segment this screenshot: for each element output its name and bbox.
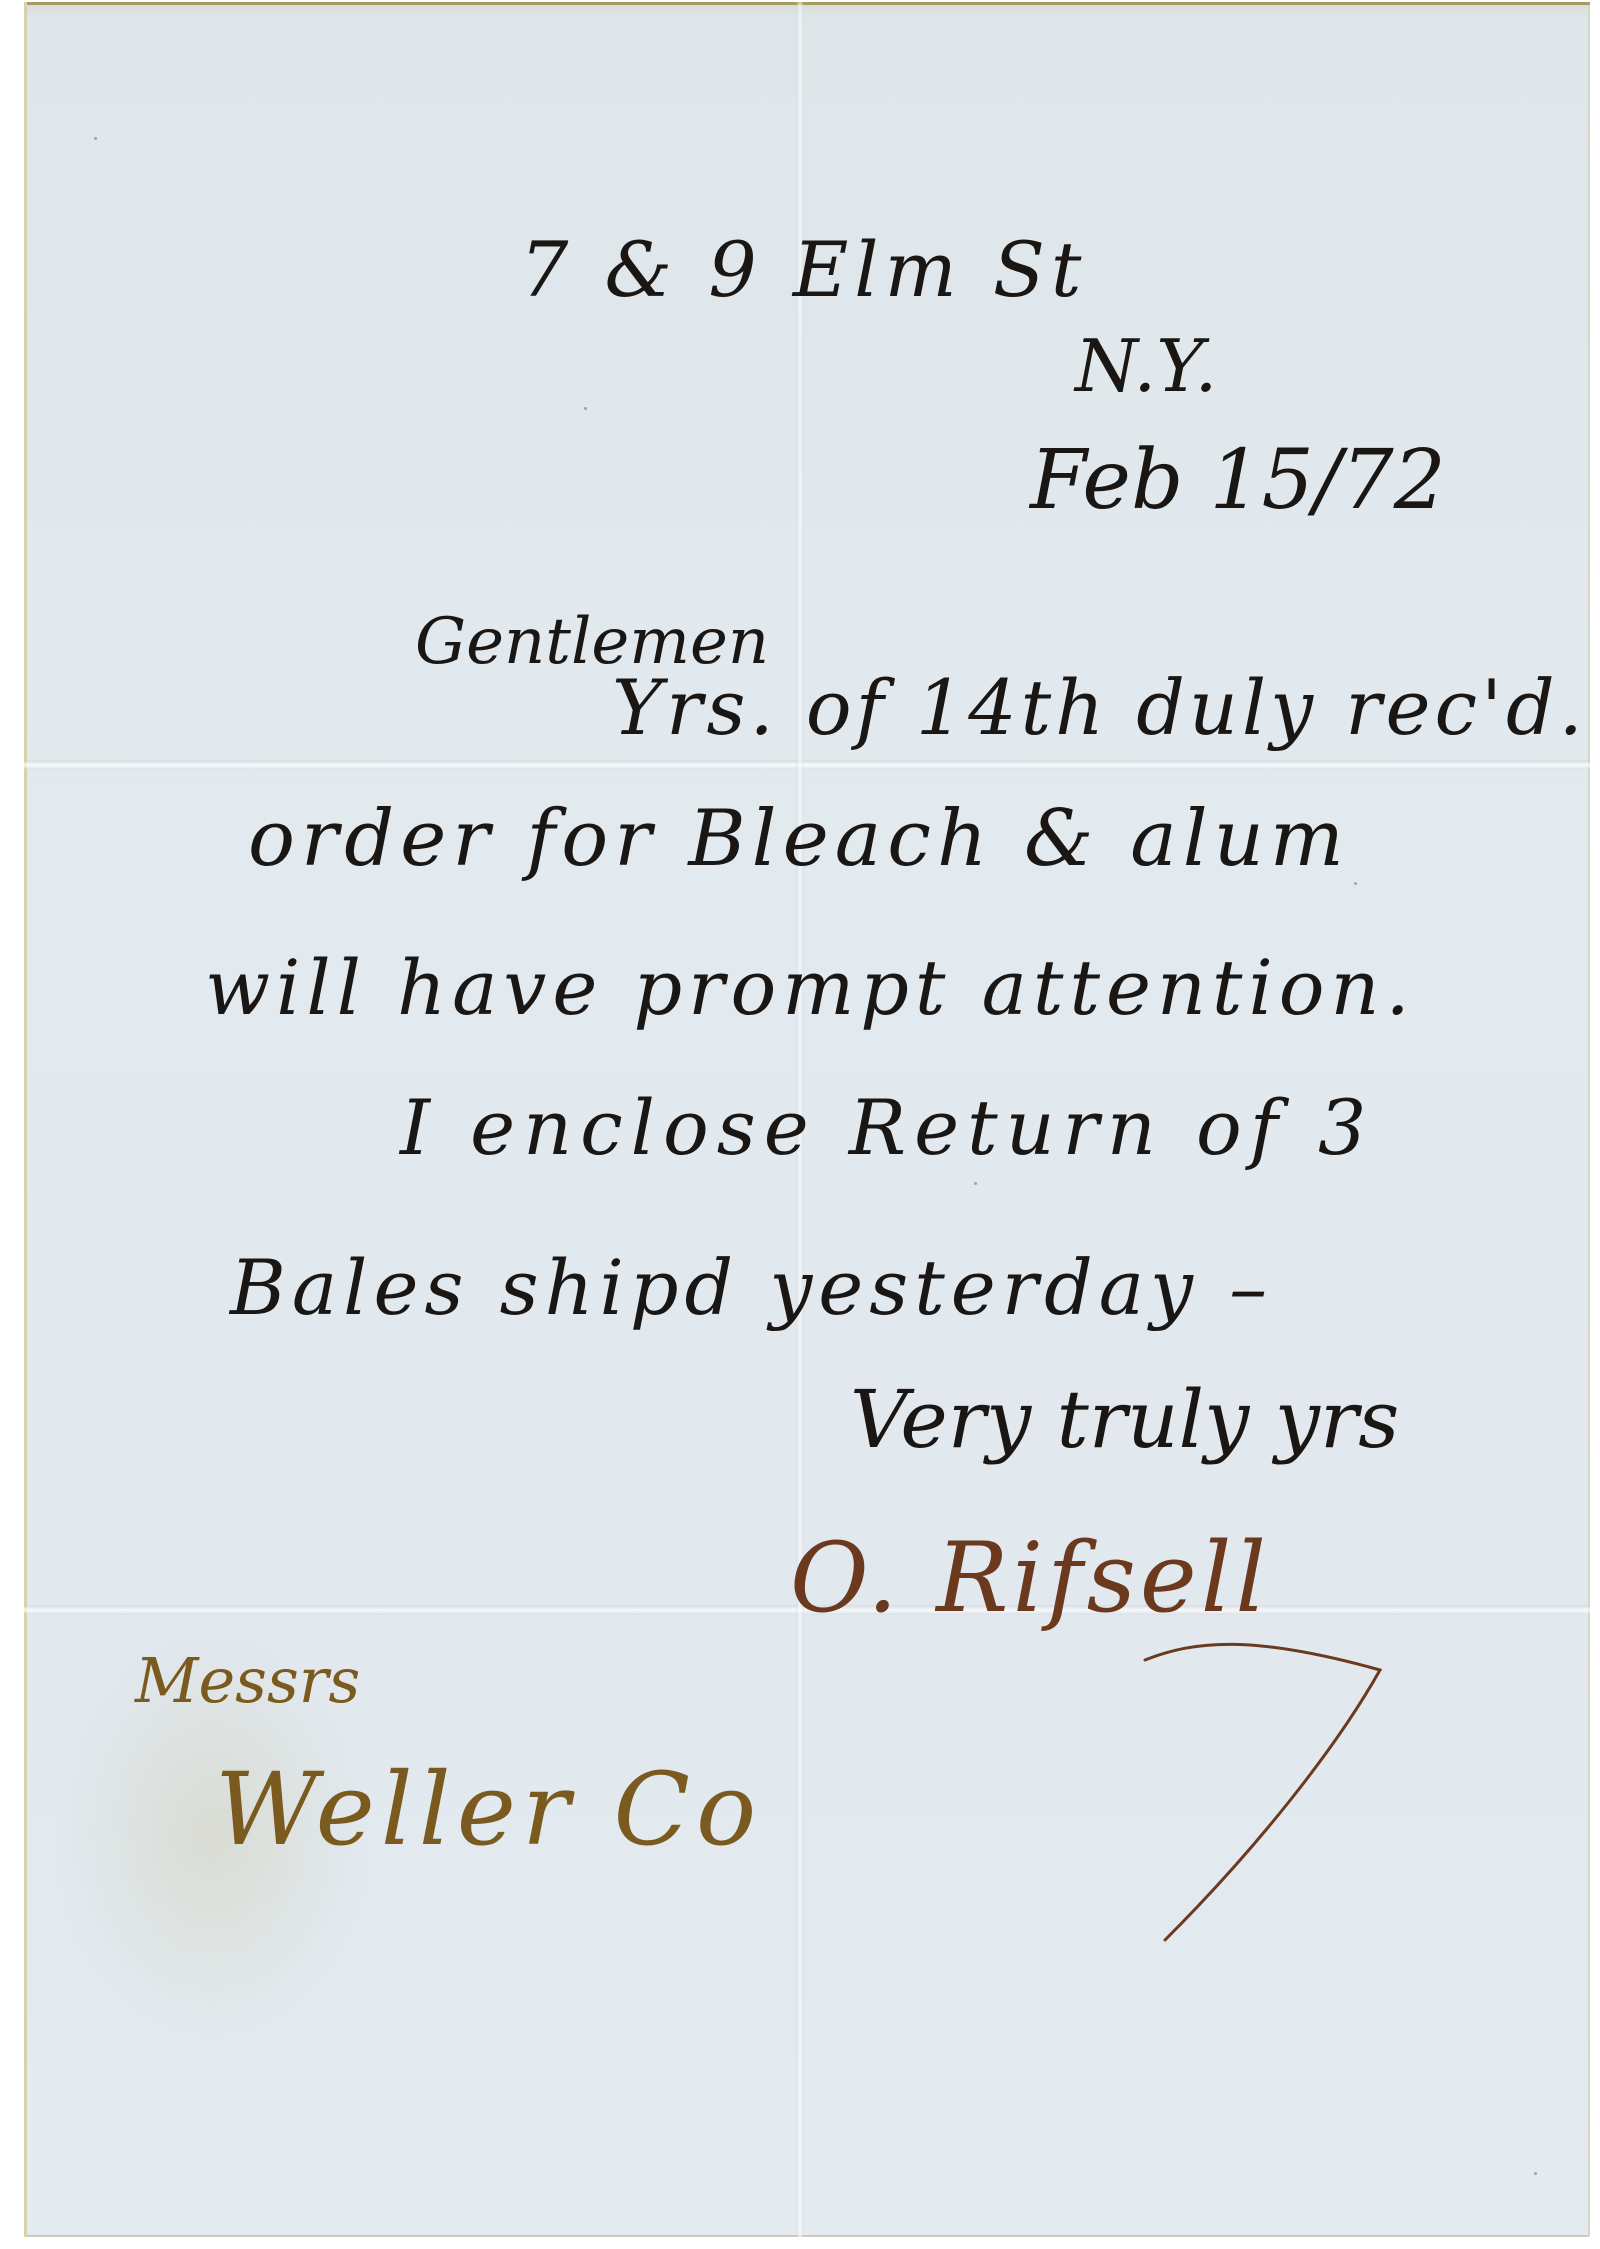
header-address: 7 & 9 Elm St [520, 232, 1087, 308]
paper-speck [584, 407, 587, 410]
addressee-firm: Weller Co [215, 1760, 762, 1860]
body-line: I enclose Return of 3 [400, 1090, 1374, 1166]
horizontal-fold-upper [24, 760, 1590, 770]
paper-speck [1534, 2172, 1537, 2175]
signature-flourish-icon [1135, 1640, 1385, 1950]
header-date: Feb 15/72 [1030, 440, 1446, 522]
paper-speck [974, 1182, 977, 1185]
body-line: Yrs. of 14th duly rec'd. [612, 670, 1587, 746]
body-line: will have prompt attention. [205, 950, 1416, 1026]
signature: O. Rifsell [790, 1530, 1270, 1626]
paper-speck [94, 137, 97, 140]
body-line: order for Bleach & alum [248, 800, 1350, 878]
addressee-messrs: Messrs [135, 1650, 360, 1712]
closing: Very truly yrs [850, 1380, 1399, 1460]
header-city: N.Y. [1075, 330, 1217, 402]
paper-speck [1354, 882, 1357, 885]
body-line: Bales shipd yesterday – [230, 1250, 1273, 1326]
